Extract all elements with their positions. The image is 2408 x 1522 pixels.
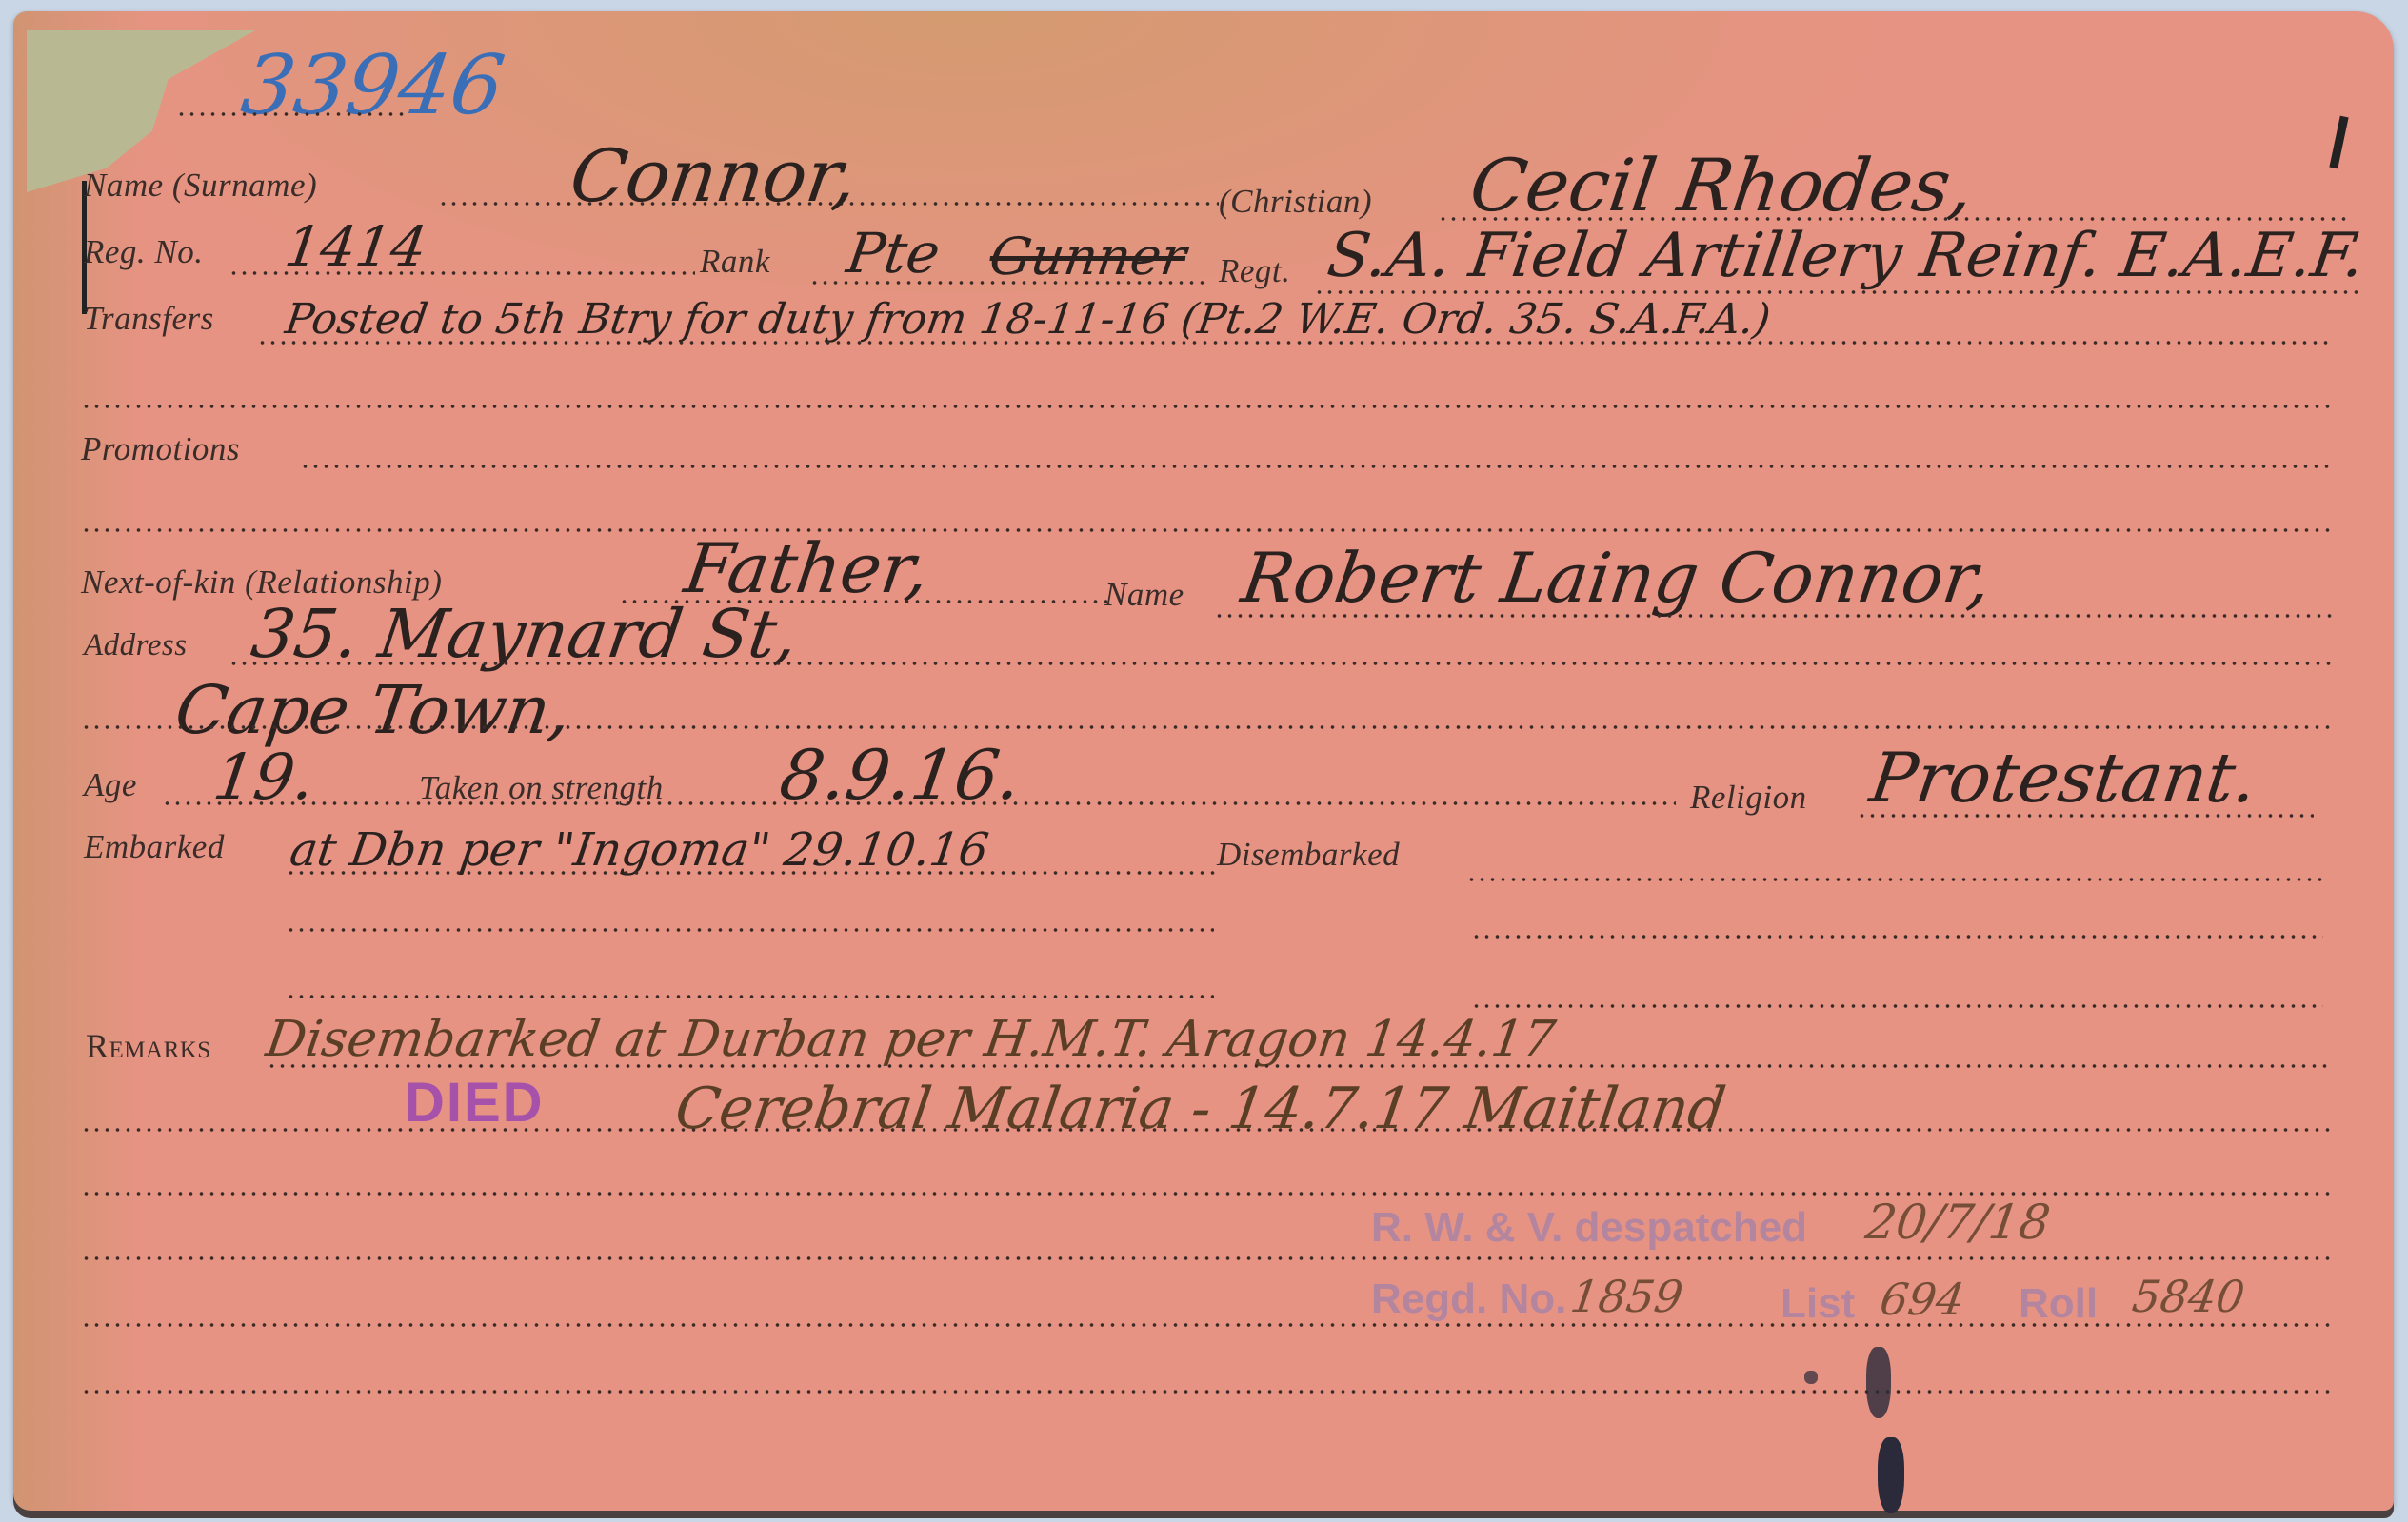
dotted-line (81, 1256, 2333, 1260)
despatch-date: 20/7/18 (1862, 1195, 2054, 1250)
dotted-line (809, 281, 1209, 285)
dotted-line (81, 1128, 2333, 1132)
dotted-line (1214, 614, 2333, 618)
regt-label: Regt. (1219, 252, 1290, 290)
dotted-line (286, 995, 1214, 998)
dotted-line (81, 1323, 2333, 1327)
embarked-label: Embarked (84, 828, 225, 866)
remarks-line2: Cerebral Malaria - 14.7.17 Maitland (671, 1076, 1729, 1142)
transfers-value: Posted to 5th Btry for duty from 18-11-1… (282, 295, 1773, 344)
file-number: 33946 (236, 38, 510, 133)
rank-label: Rank (700, 243, 770, 281)
address-line2: Cape Town, (170, 671, 576, 749)
dotted-line (229, 662, 2333, 665)
religion-value: Protestant. (1865, 738, 2262, 818)
transfers-label: Transfers (84, 300, 214, 338)
nok-name-label: Name (1104, 576, 1184, 614)
dotted-line (1466, 878, 2323, 881)
list-value: 694 (1877, 1274, 1967, 1325)
dotted-line (81, 1390, 2333, 1394)
surname-label: Name (Surname) (84, 167, 317, 205)
disembarked-label: Disembarked (1217, 836, 1400, 874)
christian-label: (Christian) (1219, 183, 1372, 221)
religion-label: Religion (1690, 779, 1807, 817)
regt-value: S.A. Field Artillery Reinf. E.A.E.F. (1323, 221, 2369, 291)
roll-value: 5840 (2129, 1271, 2248, 1322)
surname-value: Connor, (566, 133, 863, 218)
list-label: List (1781, 1280, 1855, 1328)
reg-no-value: 1414 (281, 214, 430, 279)
dotted-line (81, 405, 2333, 408)
ink-blot (1804, 1371, 1818, 1384)
dotted-line (176, 112, 405, 116)
dotted-line (1314, 290, 2361, 294)
died-stamp: DIED (405, 1071, 545, 1135)
christian-value: Cecil Rhodes, (1465, 143, 1980, 227)
address-label: Address (84, 628, 188, 663)
embarked-value: at Dbn per "Ingoma" 29.10.16 (287, 823, 992, 877)
dotted-line (300, 465, 2333, 468)
age-label: Age (84, 766, 137, 804)
dotted-line (257, 341, 2333, 345)
dotted-line (81, 528, 2333, 532)
rank-value: Pte (843, 221, 944, 286)
rank-struck-value: Gunner (986, 227, 1190, 287)
roll-label: Roll (2019, 1280, 2098, 1328)
dotted-line (229, 271, 695, 275)
ink-blot (1866, 1347, 1891, 1418)
dotted-line (1857, 814, 2314, 818)
dotted-line (81, 725, 2333, 729)
dotted-line (267, 1064, 2333, 1068)
despatch-stamp-label: R. W. & V. despatched (1371, 1204, 1807, 1252)
promotions-label: Promotions (81, 430, 240, 468)
ink-blot (1878, 1437, 1904, 1513)
remarks-line1: Disembarked at Durban per H.M.T. Aragon … (263, 1011, 1559, 1068)
regd-no-value: 1859 (1567, 1271, 1686, 1322)
nok-name-value: Robert Laing Connor, (1237, 538, 1996, 618)
dotted-line (286, 871, 1219, 875)
dotted-line (1471, 1004, 2323, 1008)
dotted-line (162, 801, 1676, 805)
dotted-line (286, 928, 1214, 932)
remarks-label: Remarks (86, 1026, 211, 1066)
regd-no-label: Regd. No. (1371, 1275, 1566, 1323)
reg-no-label: Reg. No. (84, 233, 204, 271)
dotted-line (1471, 935, 2323, 939)
